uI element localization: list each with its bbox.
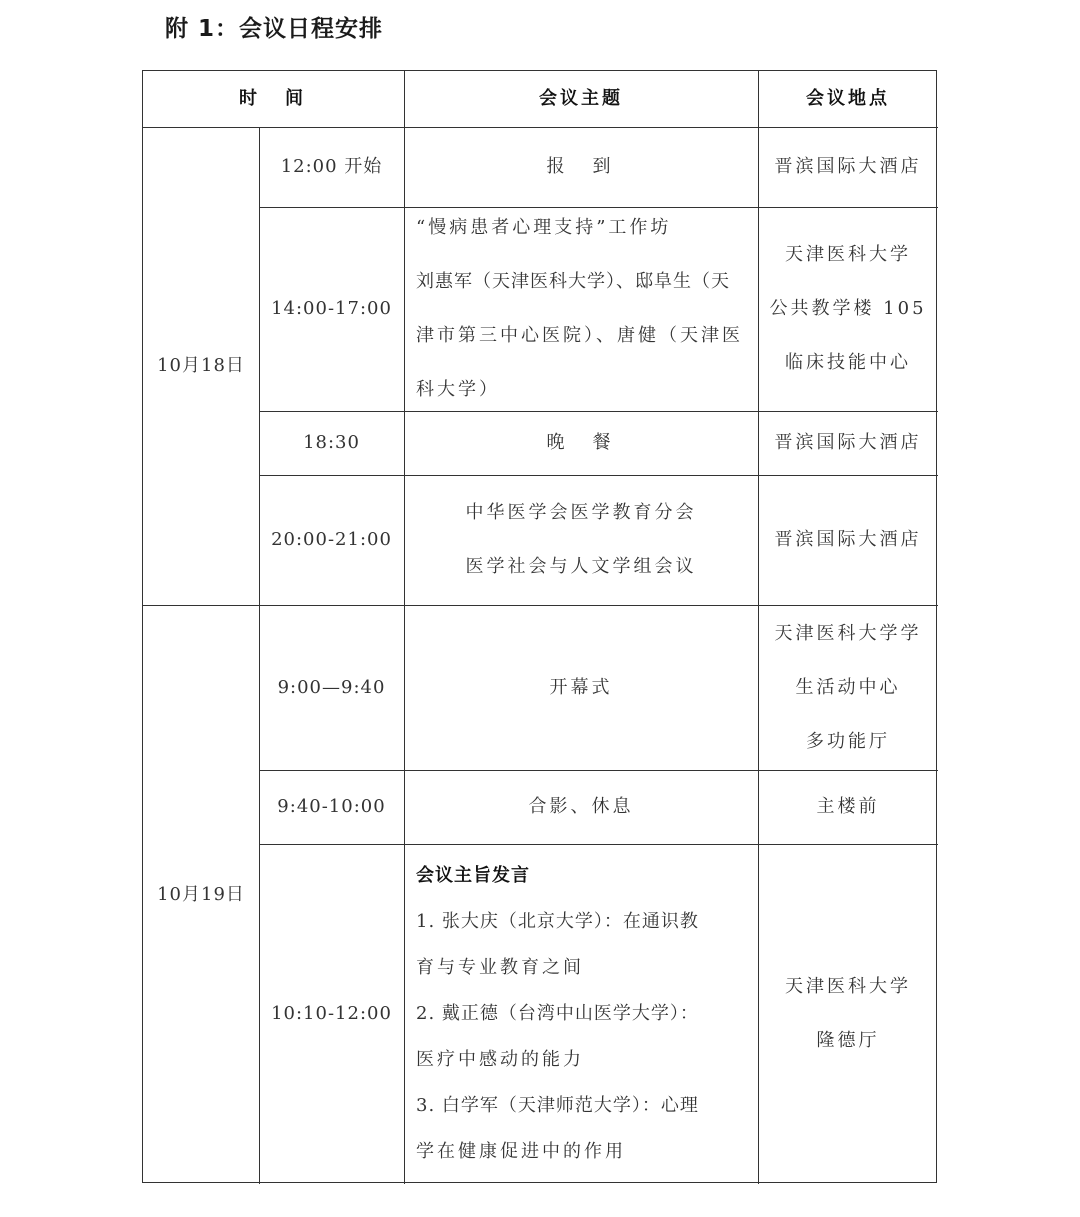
venue-cell: 天津医科大学 公共教学楼 105 临床技能中心 [758, 207, 938, 411]
venue-cell: 天津医科大学 隆德厅 [758, 844, 938, 1184]
topic-cell: 中华医学会医学教育分会 医学社会与人文学组会议 [404, 475, 758, 605]
venue-cell: 晋滨国际大酒店 [758, 475, 938, 605]
time-cell: 20:00-21:00 [259, 475, 404, 605]
topic-cell: 晚 餐 [404, 411, 758, 475]
document-title: 附 1：会议日程安排 [165, 10, 383, 43]
topic-cell: 合影、休息 [404, 770, 758, 844]
time-cell: 12:00 开始 [259, 127, 404, 207]
time-cell: 10:10-12:00 [259, 844, 404, 1184]
venue-cell: 天津医科大学学 生活动中心 多功能厅 [758, 605, 938, 770]
topic-cell: “慢病患者心理支持”工作坊 刘惠军（天津医科大学）、邸阜生（天 津市第三中心医院… [404, 207, 758, 411]
keynote-heading: 会议主旨发言 [416, 853, 530, 899]
header-time: 时 间 [143, 71, 404, 127]
time-cell: 14:00-17:00 [259, 207, 404, 411]
topic-cell: 会议主旨发言 1. 张大庆（北京大学）：在通识教 育与专业教育之间 2. 戴正德… [404, 844, 758, 1184]
topic-cell: 报 到 [404, 127, 758, 207]
header-venue: 会议地点 [758, 71, 938, 127]
date-cell-day2: 10月19日 [143, 605, 259, 1184]
topic-cell: 开幕式 [404, 605, 758, 770]
time-cell: 9:00—9:40 [259, 605, 404, 770]
time-cell: 9:40-10:00 [259, 770, 404, 844]
time-cell: 18:30 [259, 411, 404, 475]
venue-cell: 晋滨国际大酒店 [758, 127, 938, 207]
venue-cell: 晋滨国际大酒店 [758, 411, 938, 475]
venue-cell: 主楼前 [758, 770, 938, 844]
header-topic: 会议主题 [404, 71, 758, 127]
date-cell-day1: 10月18日 [143, 127, 259, 605]
schedule-table: 时 间 会议主题 会议地点 10月18日 10月19日 12:00 开始 报 到… [142, 70, 937, 1183]
